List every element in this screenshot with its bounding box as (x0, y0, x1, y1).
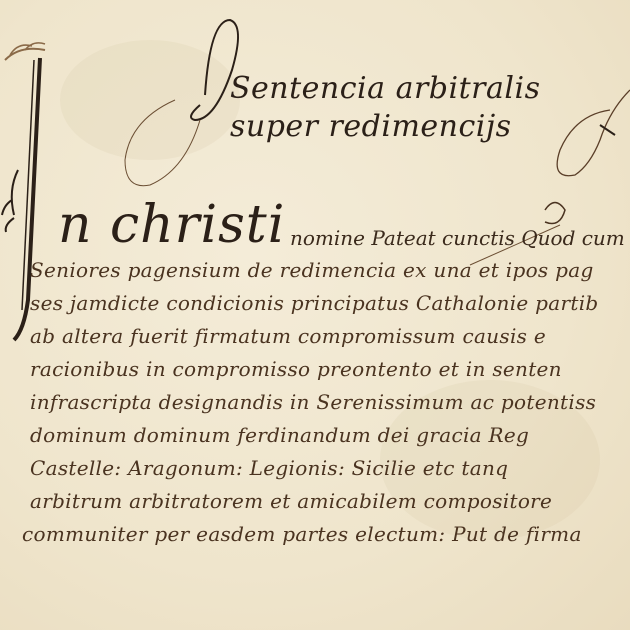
parchment-stain (60, 40, 240, 160)
heading-line-1: Sentencia arbitralis (230, 70, 540, 108)
manuscript-body: Seniores pagensium de redimencia ex una … (30, 254, 630, 551)
text-line: ab altera fuerit firmatum compromissum c… (30, 320, 630, 353)
text-line: Seniores pagensium de redimencia ex una … (30, 254, 630, 287)
text-line: ses jamdicte condicionis principatus Cat… (30, 287, 630, 320)
text-line: communiter per easdem partes electum: Pu… (22, 518, 630, 551)
text-line: arbitrum arbitratorem et amicabilem comp… (30, 485, 630, 518)
heading-line-2: super redimencijs (230, 108, 540, 146)
text-line: infrascripta designandis in Serenissimum… (30, 386, 630, 419)
manuscript-page: Sentencia arbitralis super redimencijs n… (0, 0, 630, 630)
text-line: Castelle: Aragonum: Legionis: Sicilie et… (30, 452, 630, 485)
document-heading: Sentencia arbitralis super redimencijs (230, 70, 540, 146)
incipit-continuation: nomine Pateat cunctis Quod cum (290, 226, 625, 250)
incipit-large: n christi (58, 195, 285, 255)
text-line: dominum dominum ferdinandum dei gracia R… (30, 419, 630, 452)
text-line: racionibus in compromisso preontento et … (30, 353, 630, 386)
